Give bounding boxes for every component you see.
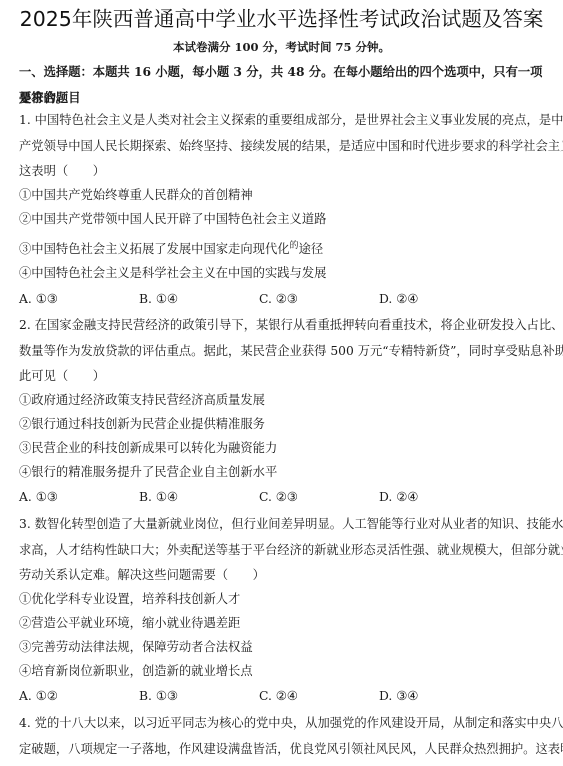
- q3-stem-line2: 求高，人才结构性缺口大；外卖配送等基于平台经济的新就业形态灵活性强、就业规模大，…: [19, 541, 549, 559]
- q1-statement-1: ①中国共产党始终尊重人民群众的首创精神: [19, 186, 549, 204]
- q1-statement-2: ②中国共产党带领中国人民开辟了中国特色社会主义道路: [19, 210, 549, 228]
- q1-option-c: C. ②③: [259, 290, 298, 308]
- q2-option-b: B. ①④: [139, 488, 178, 506]
- exam-page: 2025年陕西普通高中学业水平选择性考试政治试题及答案 本试卷满分 100 分，…: [0, 0, 563, 766]
- q2-statement-2: ②银行通过科技创新为民营企业提供精准服务: [19, 415, 549, 433]
- section-heading-line2: 要求的。: [19, 85, 549, 111]
- q3-option-d: D. ③④: [379, 687, 418, 705]
- q3-option-c: C. ②④: [259, 687, 298, 705]
- q1-statement-3-sup: 的: [290, 241, 299, 251]
- q3-option-b: B. ①③: [139, 687, 178, 705]
- q1-option-d: D. ②④: [379, 290, 418, 308]
- q1-statement-4: ④中国特色社会主义是科学社会主义在中国的实践与发展: [19, 264, 549, 282]
- q2-option-d: D. ②④: [379, 488, 418, 506]
- q3-statement-4: ④培育新岗位新职业，创造新的就业增长点: [19, 662, 549, 680]
- q2-stem-line1: 2. 在国家金融支持民营经济的政策引导下，某银行从看重抵押转向看重技术，将企业研…: [19, 316, 549, 334]
- q4-stem-line2: 定破题，八项规定一子落地，作风建设满盘皆活，优良党风引领社风民风，人民群众热烈拥…: [19, 740, 549, 758]
- page-title: 2025年陕西普通高中学业水平选择性考试政治试题及答案: [0, 6, 563, 32]
- q1-statement-3-text: ③中国特色社会主义拓展了发展中国家走向现代化: [19, 242, 290, 256]
- q3-option-a: A. ①②: [19, 687, 58, 705]
- q1-option-b: B. ①④: [139, 290, 178, 308]
- q3-statement-2: ②营造公平就业环境，缩小就业待遇差距: [19, 614, 549, 632]
- exam-info: 本试卷满分 100 分，考试时间 75 分钟。: [0, 38, 563, 56]
- q2-statement-3: ③民营企业的科技创新成果可以转化为融资能力: [19, 439, 549, 457]
- q2-stem-line3: 此可见（ ）: [19, 367, 549, 385]
- q1-stem-line1: 1. 中国特色社会主义是人类对社会主义探索的重要组成部分，是世界社会主义事业发展…: [19, 111, 549, 129]
- q4-stem-line1: 4. 党的十八大以来，以习近平同志为核心的党中央，从加强党的作风建设开局，从制定…: [19, 714, 549, 732]
- q2-stem-line2: 数量等作为发放贷款的评估重点。据此，某民营企业获得 500 万元“专精特新贷”，…: [19, 342, 549, 360]
- q3-stem-line3: 劳动关系认定难。解决这些问题需要（ ）: [19, 566, 549, 584]
- q3-stem-line1: 3. 数智化转型创造了大量新就业岗位，但行业间差异明显。人工智能等行业对从业者的…: [19, 515, 549, 533]
- q2-statement-4: ④银行的精准服务提升了民营企业自主创新水平: [19, 463, 549, 481]
- q1-stem-line2: 产党领导中国人民长期探索、始终坚持、接续发展的结果，是适应中国和时代进步要求的科…: [19, 137, 549, 155]
- q2-option-a: A. ①③: [19, 488, 58, 506]
- q1-stem-line3: 这表明（ ）: [19, 162, 549, 180]
- q2-statement-1: ①政府通过经济政策支持民营经济高质量发展: [19, 391, 549, 409]
- q1-option-a: A. ①③: [19, 290, 58, 308]
- q2-option-c: C. ②③: [259, 488, 298, 506]
- q1-statement-3-tail: 途径: [299, 242, 324, 256]
- q1-statement-3: ③中国特色社会主义拓展了发展中国家走向现代化的途径: [19, 237, 549, 258]
- q3-statement-3: ③完善劳动法律法规，保障劳动者合法权益: [19, 638, 549, 656]
- q3-statement-1: ①优化学科专业设置，培养科技创新人才: [19, 590, 549, 608]
